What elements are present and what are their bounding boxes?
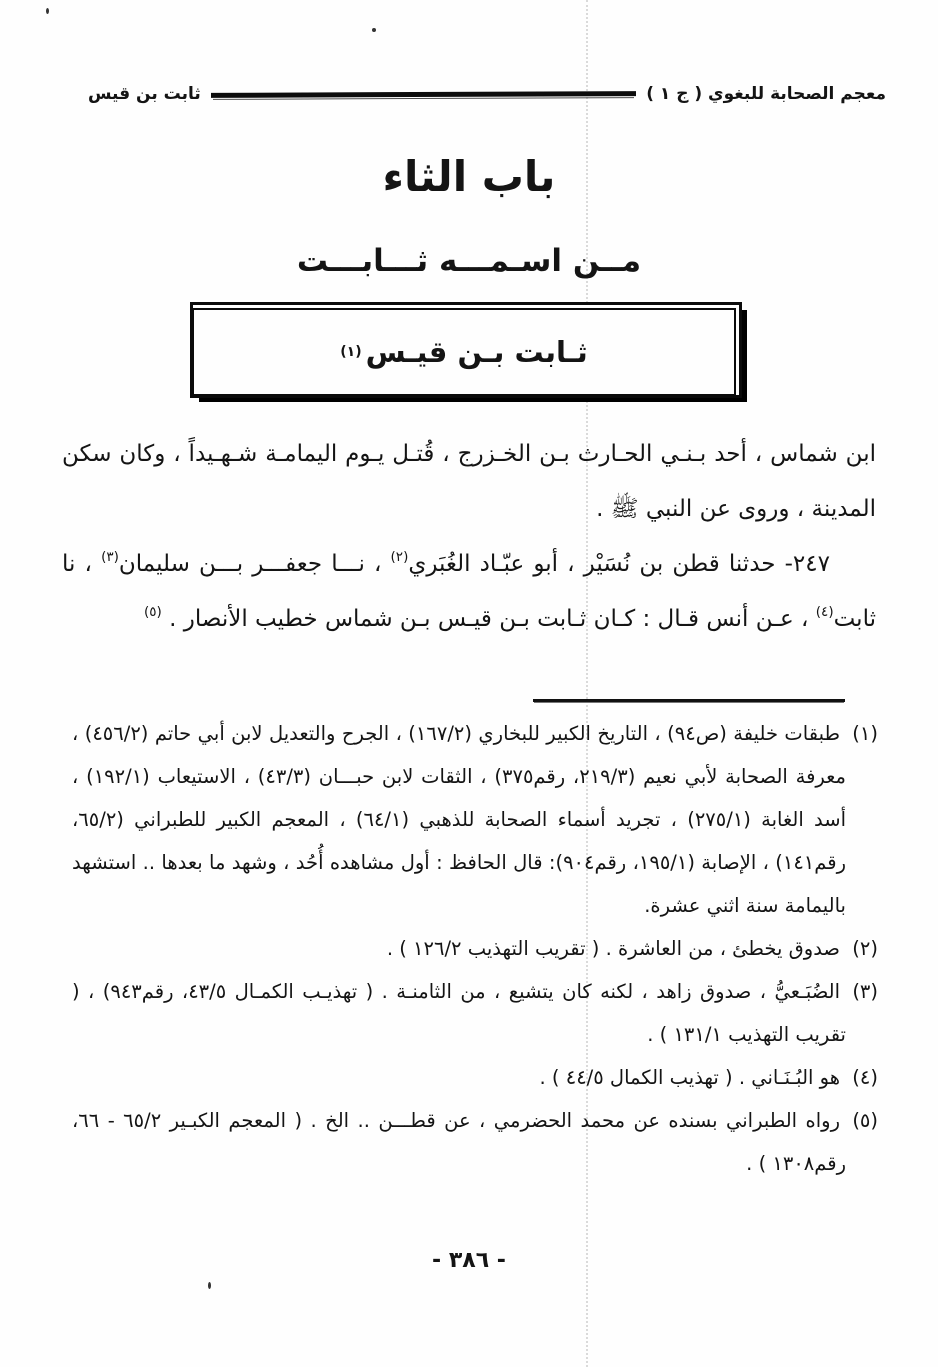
footnote-1-number: (١)	[848, 712, 878, 755]
footnote-ref-4: (٤)	[816, 604, 834, 620]
footnote-5: (٥)رواه الطبراني بسنده عن محمد الحضرمي ،…	[72, 1099, 878, 1185]
scan-speck	[46, 8, 49, 14]
footnote-ref-2: (٢)	[391, 549, 409, 565]
scanned-book-page: معجم الصحابة للبغوي ( ج ١ ) ثابت بن قيس …	[0, 0, 938, 1367]
entry-intro-paragraph: ابن شماس ، أحد بـنـي الحـارث بـن الخـزرج…	[62, 427, 876, 537]
chapter-title: باب الثاء	[0, 152, 938, 201]
entry-footnote-ref: (١)	[340, 344, 361, 360]
hadith-text-segment: حدثنا قطن بن نُسَيْر ، أبو عبّـاد الغُبَ…	[408, 551, 784, 577]
scan-speck	[372, 28, 376, 32]
footnote-separator-rule	[533, 699, 845, 702]
footnote-5-text: رواه الطبراني بسنده عن محمد الحضرمي ، عن…	[72, 1109, 846, 1175]
header-book-title: معجم الصحابة للبغوي ( ج ١ )	[646, 84, 886, 104]
footnote-4-number: (٤)	[848, 1056, 878, 1099]
footnote-3: (٣)الضُبَـعيُّ ، صدوق زاهد ، لكنه كان يت…	[72, 970, 878, 1056]
footnotes-block: (١)طبقات خليفة (ص٩٤) ، التاريخ الكبير لل…	[72, 712, 878, 1185]
footnote-2-number: (٢)	[848, 927, 878, 970]
footnote-2-text: صدوق يخطئ ، من العاشرة . ( تقريب التهذيب…	[387, 937, 840, 960]
entry-name-box-inner: ثـابت بـن قيـس (١)	[192, 308, 736, 396]
footnote-4: (٤)هو البُـنَـاني . ( تهذيب الكمال ٤٤/٥ …	[72, 1056, 878, 1099]
hadith-text-segment: ، عـن أنس قـال : كـان ثـابت بـن قيـس بـن…	[162, 606, 816, 632]
scan-speck	[208, 1282, 211, 1289]
page-number: - ٣٨٦ -	[0, 1248, 938, 1273]
hadith-number: ٢٤٧-	[785, 551, 830, 577]
hadith-paragraph: ٢٤٧- حدثنا قطن بن نُسَيْر ، أبو عبّـاد ا…	[62, 537, 876, 647]
footnote-ref-5: (٥)	[144, 604, 162, 620]
header-running-head: ثابت بن قيس	[88, 84, 201, 104]
entry-name: ثـابت بـن قيـس	[366, 335, 588, 369]
header-rule	[211, 91, 636, 98]
footnote-3-number: (٣)	[848, 970, 878, 1013]
hadith-text-segment: ، نـــا جعفـــر بـــن سليمان	[119, 551, 391, 577]
section-subtitle: مــن اسـمـــه ثـــابـــت	[0, 243, 938, 279]
entry-name-box: ثـابت بـن قيـس (١)	[190, 302, 742, 398]
footnote-1: (١)طبقات خليفة (ص٩٤) ، التاريخ الكبير لل…	[72, 712, 878, 927]
footnote-ref-3: (٣)	[101, 549, 119, 565]
running-header: معجم الصحابة للبغوي ( ج ١ ) ثابت بن قيس	[88, 84, 886, 104]
footnote-1-text: طبقات خليفة (ص٩٤) ، التاريخ الكبير للبخا…	[72, 722, 846, 917]
footnote-4-text: هو البُـنَـاني . ( تهذيب الكمال ٤٤/٥ ) .	[540, 1066, 840, 1089]
footnote-2: (٢)صدوق يخطئ ، من العاشرة . ( تقريب الته…	[72, 927, 878, 970]
footnote-5-number: (٥)	[848, 1099, 878, 1142]
footnote-3-text: الضُبَـعيُّ ، صدوق زاهد ، لكنه كان يتشيع…	[72, 980, 846, 1046]
